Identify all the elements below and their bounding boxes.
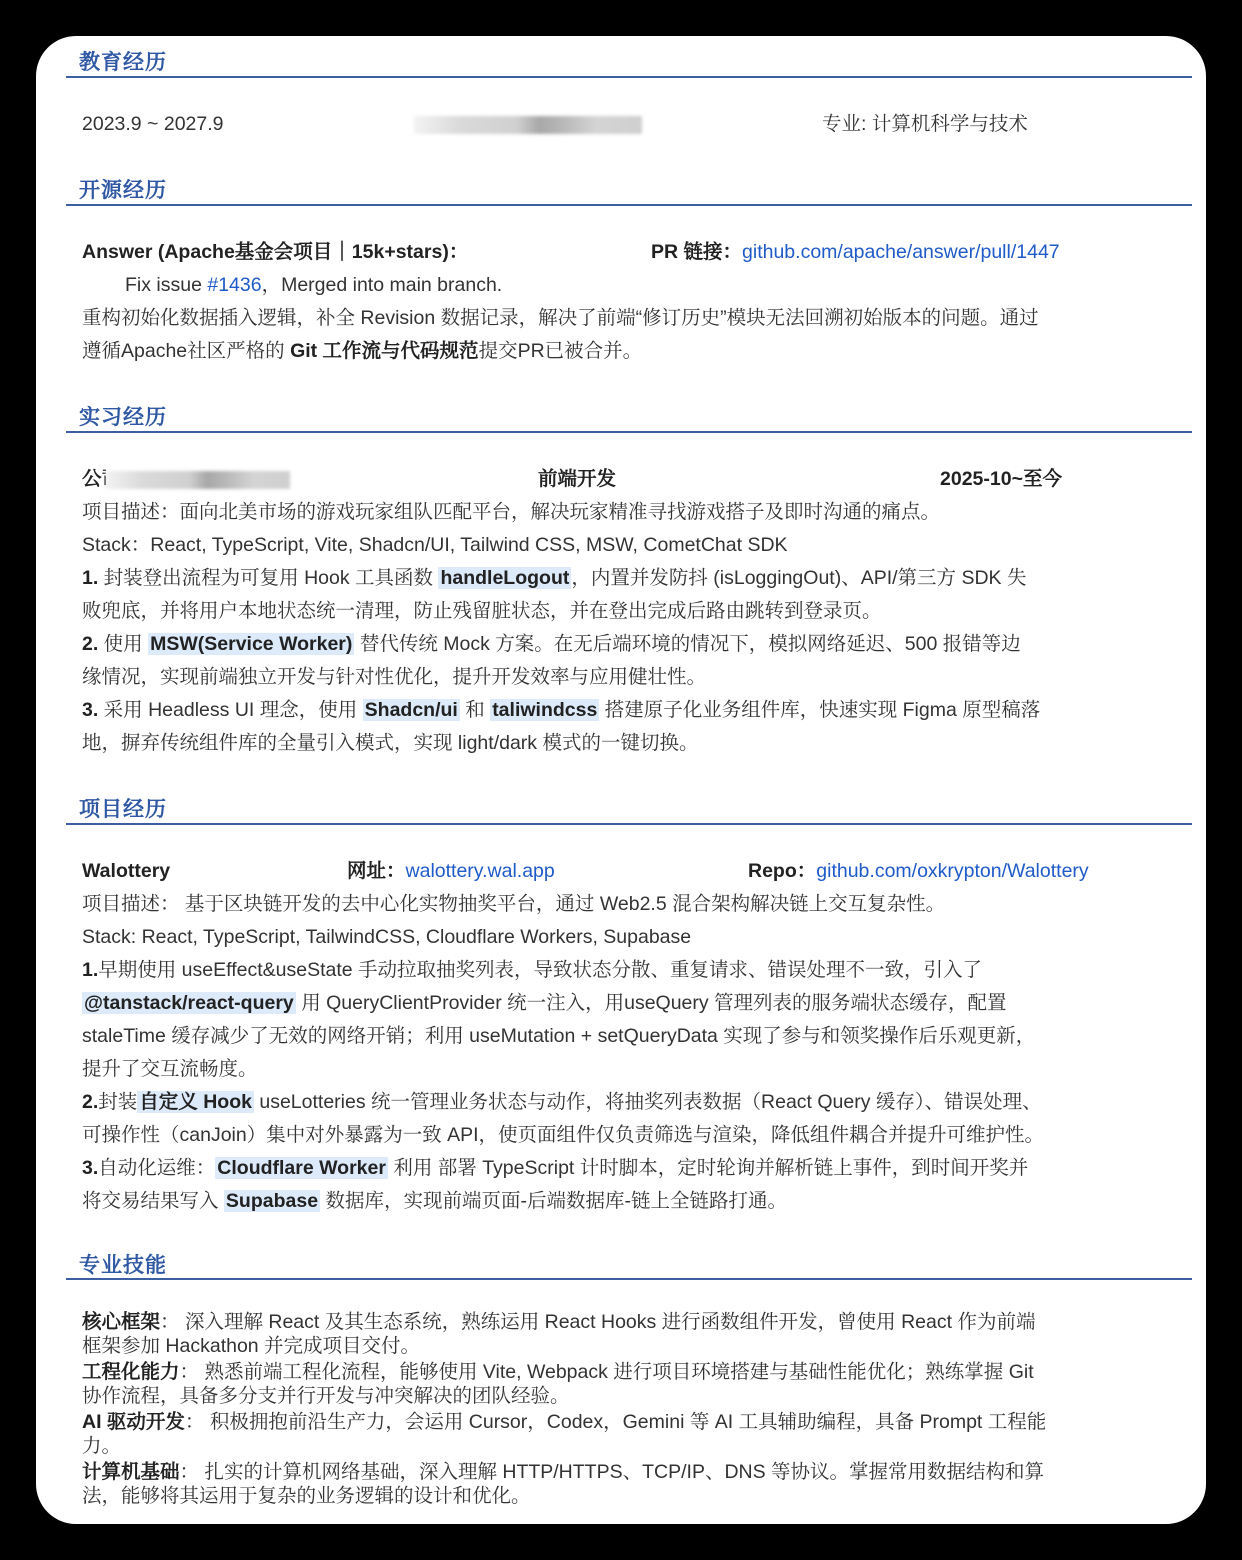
item-number: 3.: [82, 1157, 98, 1179]
skill-item-ai-cont: 力。: [82, 1434, 121, 1458]
project-site-row: 网址：walottery.wal.app: [347, 857, 555, 885]
item-text: 利用 部署 TypeScript 计时脚本，定时轮询并解析链上事件，到时间开奖并: [388, 1157, 1028, 1179]
section-title-internship: 实习经历: [79, 401, 167, 431]
highlight-keyword: MSW(Service Worker): [148, 633, 354, 655]
section-title-projects: 项目经历: [79, 793, 167, 823]
skill-item-cs-basics: 计算机基础： 扎实的计算机网络基础，深入理解 HTTP/HTTPS、TCP/IP…: [82, 1460, 1044, 1484]
repo-label: Repo：: [748, 860, 816, 882]
skill-colon: ：: [185, 1411, 210, 1433]
internship-stack: Stack：React, TypeScript, Vite, Shadcn/UI…: [82, 531, 788, 559]
project-item-1-cont2: staleTime 缓存减少了无效的网络开销；利用 useMutation + …: [82, 1022, 1035, 1050]
project-item-1-cont3: 提升了交互流畅度。: [82, 1055, 258, 1083]
skill-colon: ：: [160, 1311, 185, 1333]
item-number: 3.: [82, 699, 98, 721]
desc-bold-text: Git 工作流与代码规范: [290, 340, 479, 362]
open-source-desc-line1: 重构初始化数据插入逻辑，补全 Revision 数据记录，解决了前端“修订历史”…: [82, 304, 1039, 332]
project-desc: 项目描述： 基于区块链开发的去中心化实物抽奖平台，通过 Web2.5 混合架构解…: [82, 890, 945, 918]
site-label: 网址：: [347, 860, 406, 882]
internship-role: 前端开发: [538, 465, 616, 493]
highlight-keyword: Supabase: [224, 1190, 320, 1212]
item-text: 将交易结果写入: [82, 1190, 224, 1212]
desc-text: 提交PR已被合并。: [479, 340, 643, 362]
project-item-2-cont: 可操作性（canJoin）集中对外暴露为一致 API，使页面组件仅负责筛选与渲染…: [82, 1121, 1044, 1149]
item-text: 用 QueryClientProvider 统一注入，用useQuery 管理列…: [296, 992, 1007, 1014]
highlight-keyword: Cloudflare Worker: [215, 1157, 388, 1179]
skill-item-ai: AI 驱动开发： 积极拥抱前沿生产力，会运用 Cursor，Codex，Gemi…: [82, 1410, 1046, 1434]
internship-desc: 项目描述：面向北美市场的游戏玩家组队匹配平台，解决玩家精准寻找游戏搭子及即时沟通…: [82, 498, 940, 526]
item-text: 封装: [98, 1091, 137, 1113]
open-source-project-name: Answer (Apache基金会项目｜15k+stars)：: [82, 238, 468, 266]
section-divider: [66, 431, 1192, 433]
internship-item-2-cont: 缘情况，实现前端独立开发与针对性优化，提升开发效率与应用健壮性。: [82, 663, 706, 691]
internship-item-1-cont: 败兜底，并将用户本地状态统一清理，防止残留脏状态，并在登出完成后路由跳转到登录页…: [82, 597, 882, 625]
item-text: 数据库，实现前端页面-后端数据库-链上全链路打通。: [320, 1190, 787, 1212]
item-text: 采用 Headless UI 理念，使用: [98, 699, 362, 721]
company-name: 公司: [82, 465, 290, 493]
skill-text: 积极拥抱前沿生产力，会运用 Cursor，Codex，Gemini 等 AI 工…: [210, 1411, 1046, 1433]
internship-item-1: 1. 封装登出流程为可复用 Hook 工具函数 handleLogout，内置并…: [82, 564, 1026, 592]
highlight-keyword: handleLogout: [438, 567, 571, 589]
education-major: 专业: 计算机科学与技术: [822, 110, 1028, 138]
skill-label: 计算机基础: [82, 1461, 180, 1483]
skill-item-engineering: 工程化能力： 熟悉前端工程化流程，能够使用 Vite, Webpack 进行项目…: [82, 1360, 1034, 1384]
project-item-3: 3.自动化运维：Cloudflare Worker 利用 部署 TypeScri…: [82, 1154, 1028, 1182]
education-period: 2023.9 ~ 2027.9: [82, 110, 224, 138]
highlight-keyword: taliwindcss: [490, 699, 599, 721]
section-divider: [66, 204, 1192, 206]
skill-item-cs-basics-cont: 法，能够将其运用于复杂的业务逻辑的设计和优化。: [82, 1484, 531, 1508]
internship-item-3: 3. 采用 Headless UI 理念，使用 Shadcn/ui 和 tali…: [82, 696, 1040, 724]
pr-link-row: PR 链接：github.com/apache/answer/pull/1447: [651, 238, 1060, 266]
skill-colon: ：: [180, 1461, 205, 1483]
item-text: 替代传统 Mock 方案。在无后端环境的情况下，模拟网络延迟、500 报错等边: [354, 633, 1020, 655]
item-text: 早期使用 useEffect&useState 手动拉取抽奖列表，导致状态分散、…: [98, 959, 982, 981]
skill-item-core-framework: 核心框架： 深入理解 React 及其生态系统，熟练运用 React Hooks…: [82, 1310, 1035, 1334]
item-number: 2.: [82, 1091, 98, 1113]
section-divider: [66, 76, 1192, 78]
internship-item-2: 2. 使用 MSW(Service Worker) 替代传统 Mock 方案。在…: [82, 630, 1021, 658]
skill-label: AI 驱动开发: [82, 1411, 185, 1433]
skill-colon: ：: [180, 1361, 205, 1383]
skill-text: 熟悉前端工程化流程，能够使用 Vite, Webpack 进行项目环境搭建与基础…: [204, 1361, 1033, 1383]
item-text: useLotteries 统一管理业务状态与动作，将抽奖列表数据（React Q…: [254, 1091, 1042, 1113]
project-item-1-cont: @tanstack/react-query 用 QueryClientProvi…: [82, 989, 1007, 1017]
project-repo-row: Repo：github.com/oxkrypton/Walottery: [748, 857, 1089, 885]
skill-item-core-framework-cont: 框架参加 Hackathon 并完成项目交付。: [82, 1334, 420, 1358]
skill-item-engineering-cont: 协作流程，具备多分支并行开发与冲突解决的团队经验。: [82, 1384, 570, 1408]
project-item-1: 1.早期使用 useEffect&useState 手动拉取抽奖列表，导致状态分…: [82, 956, 982, 984]
fix-issue-prefix: Fix issue: [125, 274, 207, 296]
item-text: 封装登出流程为可复用 Hook 工具函数: [98, 567, 438, 589]
pr-label: PR 链接：: [651, 241, 742, 263]
highlight-keyword: 自定义 Hook: [137, 1091, 254, 1113]
fix-issue-line: Fix issue #1436，Merged into main branch.: [125, 271, 502, 299]
site-link[interactable]: walottery.wal.app: [406, 860, 555, 882]
item-text: 搭建原子化业务组件库，快速实现 Figma 原型稿落: [599, 699, 1040, 721]
desc-text: 遵循Apache社区严格的: [82, 340, 290, 362]
resume-page: 教育经历 2023.9 ~ 2027.9 专业: 计算机科学与技术 开源经历 A…: [36, 36, 1206, 1524]
skill-label: 核心框架: [82, 1311, 160, 1333]
school-name-redacted: [414, 110, 642, 138]
project-stack: Stack: React, TypeScript, TailwindCSS, C…: [82, 923, 691, 951]
skill-text: 深入理解 React 及其生态系统，熟练运用 React Hooks 进行函数组…: [185, 1311, 1036, 1333]
pr-link[interactable]: github.com/apache/answer/pull/1447: [742, 241, 1060, 263]
highlight-keyword: @tanstack/react-query: [82, 992, 296, 1014]
company-prefix: 公司: [82, 465, 106, 493]
section-divider: [66, 823, 1192, 825]
company-name-redacted: [106, 471, 290, 489]
item-number: 1.: [82, 567, 98, 589]
section-title-skills: 专业技能: [79, 1249, 167, 1279]
internship-item-3-cont: 地，摒弃传统组件库的全量引入模式，实现 light/dark 模式的一键切换。: [82, 729, 698, 757]
project-item-2: 2.封装自定义 Hook useLotteries 统一管理业务状态与动作，将抽…: [82, 1088, 1042, 1116]
skill-label: 工程化能力: [82, 1361, 180, 1383]
item-number: 2.: [82, 633, 98, 655]
section-title-open-source: 开源经历: [79, 174, 167, 204]
item-text: ，内置并发防抖 (isLoggingOut)、API/第三方 SDK 失: [571, 567, 1026, 589]
issue-link[interactable]: #1436: [207, 274, 261, 296]
internship-period: 2025-10~至今: [940, 465, 1062, 493]
item-text: 自动化运维：: [98, 1157, 215, 1179]
project-name: Walottery: [82, 857, 170, 885]
item-text: 使用: [98, 633, 148, 655]
item-text: 和: [460, 699, 490, 721]
open-source-desc-line2: 遵循Apache社区严格的 Git 工作流与代码规范提交PR已被合并。: [82, 337, 642, 365]
skill-text: 扎实的计算机网络基础，深入理解 HTTP/HTTPS、TCP/IP、DNS 等协…: [204, 1461, 1044, 1483]
repo-link[interactable]: github.com/oxkrypton/Walottery: [816, 860, 1088, 882]
fix-issue-suffix: ，Merged into main branch.: [262, 274, 503, 296]
item-number: 1.: [82, 959, 98, 981]
section-divider: [66, 1278, 1192, 1280]
project-item-3-cont: 将交易结果写入 Supabase 数据库，实现前端页面-后端数据库-链上全链路打…: [82, 1187, 787, 1215]
section-title-education: 教育经历: [79, 46, 167, 76]
highlight-keyword: Shadcn/ui: [363, 699, 460, 721]
